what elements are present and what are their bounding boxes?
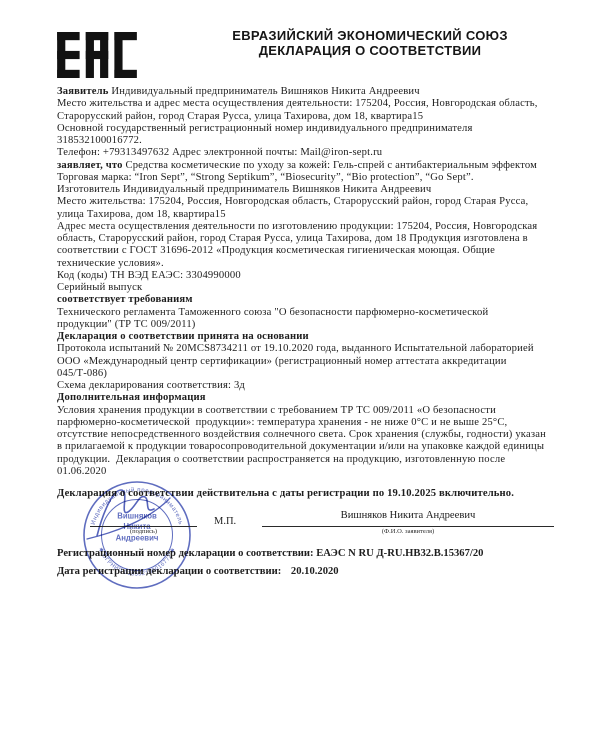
registration-number-value: ЕАЭС N RU Д-RU.НВ32.В.15367/20 bbox=[316, 548, 483, 559]
body-line: ООО «Международный центр сертификации» (… bbox=[57, 356, 546, 368]
body-line: Код (коды) ТН ВЭД ЕАЭС: 3304990000 bbox=[57, 270, 546, 282]
body-line: Протокола испытаний № 20MCS8734211 от 19… bbox=[57, 343, 546, 355]
body-line: продукции" (ТР ТС 009/2011) bbox=[57, 319, 546, 331]
body-line: область, Старорусский район, город Стара… bbox=[57, 233, 546, 245]
body-line: Торговая марка: “Iron Sept”, “Strong Sep… bbox=[57, 172, 546, 184]
eac-logo bbox=[57, 32, 137, 78]
body-line: Схема декларирования соответствия: 3д bbox=[57, 380, 546, 392]
declaration-title: ДЕКЛАРАЦИЯ О СООТВЕТСТВИИ bbox=[170, 44, 570, 59]
body-line: Телефон: +79313497632 Адрес электронной … bbox=[57, 147, 546, 159]
body-line: Место жительства и адрес места осуществл… bbox=[57, 98, 546, 110]
body-line: отсутствие непосредственного воздействия… bbox=[57, 429, 546, 441]
stamp-ring-bottom-text: ✱ ОГРНИП 318532100016772 ✱ bbox=[97, 546, 177, 577]
body-line: Условия хранения продукции в соответстви… bbox=[57, 405, 546, 417]
signature-caption: (подпись) bbox=[90, 528, 197, 535]
applicant-name-caption: (Ф.И.О. заявителя) bbox=[262, 528, 554, 535]
stamp-center-line1: Вишняков bbox=[117, 512, 157, 521]
body-line: Заявитель Индивидуальный предприниматель… bbox=[57, 86, 546, 98]
body-line: 318532100016772. bbox=[57, 135, 546, 147]
body-line: продукции. Декларация о соответствии рас… bbox=[57, 454, 546, 466]
body-line: Основной государственный регистрационный… bbox=[57, 123, 546, 135]
svg-text:✱ ОГРНИП 318532100016772 ✱: ✱ ОГРНИП 318532100016772 ✱ bbox=[97, 546, 177, 577]
applicant-name-line bbox=[262, 526, 554, 527]
applicant-name: Вишняков Никита Андреевич bbox=[262, 510, 554, 521]
registration-date-value: 20.10.2020 bbox=[291, 566, 339, 577]
body-line: Дополнительная информация bbox=[57, 392, 546, 404]
union-title: ЕВРАЗИЙСКИЙ ЭКОНОМИЧЕСКИЙ СОЮЗ bbox=[170, 29, 570, 44]
body-line: соответствии с ГОСТ 31696-2012 «Продукци… bbox=[57, 245, 546, 257]
body-line: Старорусский район, город Старая Русса, … bbox=[57, 111, 546, 123]
body-line: Изготовитель Индивидуальный предпринимат… bbox=[57, 184, 546, 196]
body-line: улица Тахирова, дом 18, квартира15 bbox=[57, 209, 546, 221]
body-line: 01.06.2020 bbox=[57, 466, 546, 478]
body-line: Технического регламента Таможенного союз… bbox=[57, 307, 546, 319]
body-line: 045/Т-086) bbox=[57, 368, 546, 380]
body-line: технические условия». bbox=[57, 258, 546, 270]
body-line: соответствует требованиям bbox=[57, 294, 546, 306]
body-line: Место жительства: 175204, Россия, Новгор… bbox=[57, 196, 546, 208]
body-line: Адрес места осуществления деятельности п… bbox=[57, 221, 546, 233]
declaration-document: ЕВРАЗИЙСКИЙ ЭКОНОМИЧЕСКИЙ СОЮЗ ДЕКЛАРАЦИ… bbox=[0, 0, 600, 749]
stamp-place-label: М.П. bbox=[214, 516, 236, 527]
body-line: парфюмерно-косметической продукции»: тем… bbox=[57, 417, 546, 429]
body-text: Заявитель Индивидуальный предприниматель… bbox=[57, 86, 546, 478]
body-line: заявляет, что Средства косметические по … bbox=[57, 160, 546, 172]
document-header: ЕВРАЗИЙСКИЙ ЭКОНОМИЧЕСКИЙ СОЮЗ ДЕКЛАРАЦИ… bbox=[170, 29, 570, 58]
stamp-seal: Индивидуальный предприниматель ✱ ОГРНИП … bbox=[81, 479, 193, 591]
signature-line bbox=[90, 526, 197, 527]
body-line: Декларация о соответствии принята на осн… bbox=[57, 331, 546, 343]
body-line: в прилагаемой к продукции товаросопровод… bbox=[57, 441, 546, 453]
body-line: Серийный выпуск bbox=[57, 282, 546, 294]
